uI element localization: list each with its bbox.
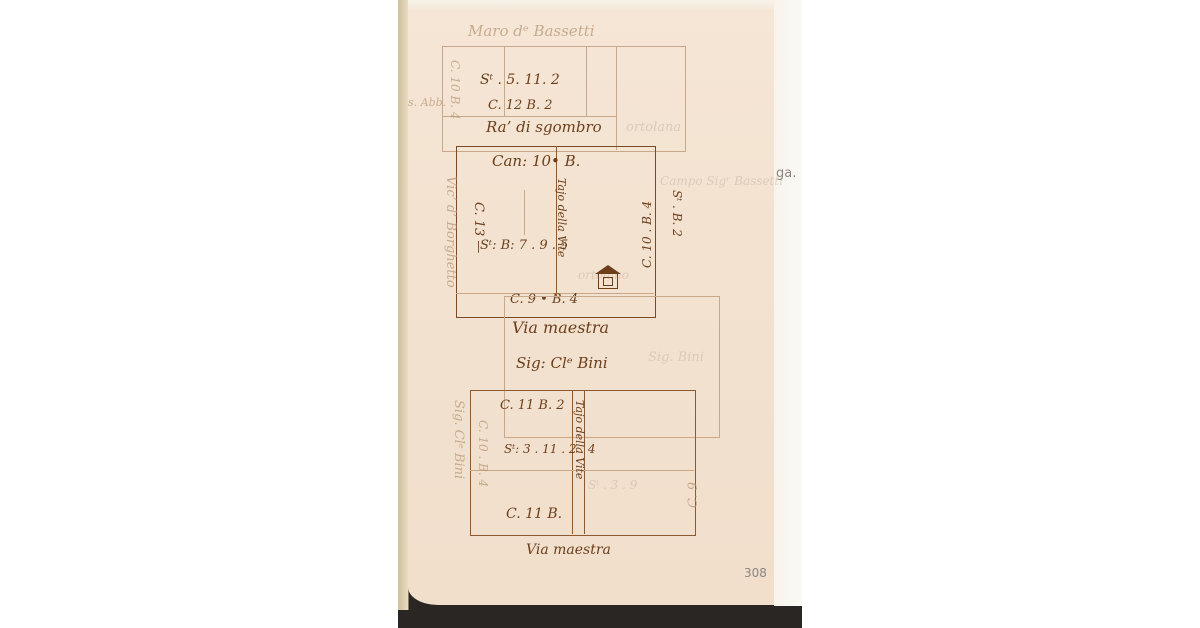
parcel-label: Sᵗ . 5. 11. 2 xyxy=(480,72,560,88)
road-label: Via maestra xyxy=(526,542,611,558)
owner-label: Sig: Clᵉ Bini xyxy=(516,354,608,372)
parcel-label-vertical: C. 9 xyxy=(686,482,701,508)
margin-label-vertical: Vic’ d’ Borghetto xyxy=(443,176,458,288)
divider-line xyxy=(586,46,587,116)
parcel-label: Ra’ di sgombro xyxy=(486,118,602,136)
pencil-note: ga. xyxy=(776,166,796,181)
parcel-label: C. 11 B. 2 xyxy=(500,398,565,413)
margin-label-vertical: Sᵗ . B. 2 xyxy=(670,190,684,237)
parcel-label: C. 12 B. 2 xyxy=(488,98,553,113)
parcel-label-vertical: Tajo della Vite xyxy=(555,178,568,257)
show-through-text: Campo Sigʳ Bassetti xyxy=(660,174,783,188)
top-parcel-outline xyxy=(442,46,686,152)
page-number: 308 xyxy=(744,566,767,580)
house-icon xyxy=(598,274,618,289)
margin-label-vertical: Sig. Clᵉ Bini xyxy=(451,400,466,479)
road-label: Via maestra xyxy=(512,318,609,337)
parcel-label-vertical: C. 10 . B. 4 xyxy=(640,201,654,268)
parcel-label: C. 11 B. xyxy=(506,506,562,522)
divider-line xyxy=(524,190,525,235)
parcel-label-vertical: C. 10 . B. 4 xyxy=(476,420,490,487)
divider-line xyxy=(442,116,616,117)
margin-note: s. Abb. xyxy=(408,96,446,109)
parcel-label-vertical: C. 10 B. 4 xyxy=(448,60,462,120)
top-heading: Maro dᵉ Bassetti xyxy=(468,22,595,40)
underlying-page-edge xyxy=(774,0,802,606)
parcel-heading: Can: 10• B. xyxy=(492,152,580,170)
manuscript-scan: ortolana Campo Sigʳ Bassetti ortolano Si… xyxy=(398,0,802,628)
page-top-fold xyxy=(408,0,774,12)
divider-line xyxy=(616,46,617,150)
parcel-label-vertical: Tajo della Vite xyxy=(573,400,586,479)
manuscript-page: ortolana Campo Sigʳ Bassetti ortolano Si… xyxy=(408,0,774,605)
